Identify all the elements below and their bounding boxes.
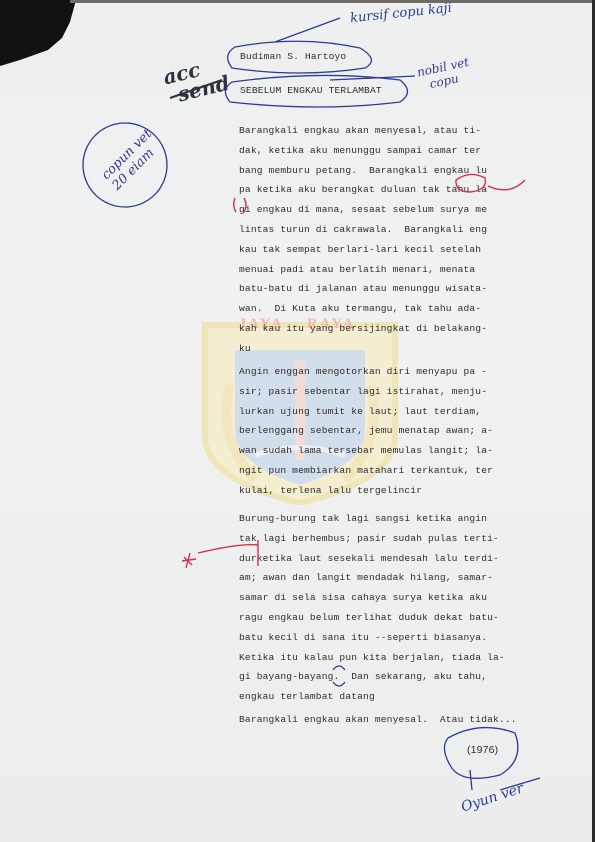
poem-line: lintas turun di cakrawala. Barangkali en…	[239, 220, 487, 240]
poem-line: berlenggang sebentar, jemu menatap awan;…	[239, 421, 493, 441]
poem-line: dak, ketika aku menunggu sampai camar te…	[239, 141, 487, 161]
poem-line: Ketika itu kalau pun kita berjalan, tiad…	[239, 648, 505, 668]
poem-line: engkau terlambat datang	[239, 687, 505, 707]
closing-line: Barangkali engkau akan menyesal. Atau ti…	[239, 710, 517, 730]
poem-year: (1976)	[467, 741, 498, 761]
stanza-2: Angin enggan mengotorkan diri menyapu pa…	[239, 362, 493, 501]
poem-line: wan sudah lama tersebar memulas langit; …	[239, 441, 493, 461]
poem-line: gi engkau di mana, sesaat sebelum surya …	[239, 200, 487, 220]
poem-line: tak lagi berhembus; pasir sudah pulas te…	[239, 529, 505, 549]
poem-line: pa ketika aku berangkat duluan tak tahu …	[239, 180, 487, 200]
poem-line: Angin enggan mengotorkan diri menyapu pa…	[239, 362, 493, 382]
poem-line: gi bayang-bayang. Dan sekarang, aku tahu…	[239, 667, 505, 687]
poem-line: ku	[239, 339, 487, 359]
handwritten-note-top: kursif copu kaji	[349, 1, 452, 27]
poem-line: menuai padi atau berlatih menari, menata	[239, 260, 487, 280]
poem-line: ragu engkau belum terlihat duduk dekat b…	[239, 608, 505, 628]
poem-line: lurkan ujung tumit ke laut; laut terdiam…	[239, 402, 493, 422]
poem-line: wan. Di Kuta aku termangu, tak tahu ada-	[239, 299, 487, 319]
poem-line: sir; pasir sebentar lagi istirahat, menj…	[239, 382, 493, 402]
poem-line: am; awan dan langit mendadak hilang, sam…	[239, 568, 505, 588]
stanza-3: Burung-burung tak lagi sangsi ketika ang…	[239, 509, 505, 707]
page-top-edge	[70, 0, 595, 3]
author-name: Budiman S. Hartoyo	[240, 50, 346, 64]
poem-line: ngit pun membiarkan matahari terkantuk, …	[239, 461, 493, 481]
torn-corner	[0, 0, 80, 70]
handwritten-note-margin: acc send	[161, 53, 231, 107]
poem-line: durketika laut sesekali mendesah lalu te…	[239, 549, 505, 569]
poem-line: Burung-burung tak lagi sangsi ketika ang…	[239, 509, 505, 529]
poem-line: batu-batu di jalanan atau menunggu wisat…	[239, 279, 487, 299]
poem-line: batu kecil di sana itu --seperti biasany…	[239, 628, 505, 648]
poem-line: kulai, terlena lalu tergelincir	[239, 481, 493, 501]
document-page: JAYA RAYA Budiman S. Hartoyo SEBELUM ENG…	[0, 0, 595, 842]
handwritten-note-title: nobil vet copu	[416, 55, 473, 93]
poem-line: kau tak sempat berlari-lari kecil setela…	[239, 240, 487, 260]
poem-title: SEBELUM ENGKAU TERLAMBAT	[240, 84, 382, 98]
handwritten-signature: Oyun ver	[459, 780, 526, 815]
poem-line: kah kau itu yang bersijingkat di belakan…	[239, 319, 487, 339]
handwritten-note-circled: copun vet 20 eiam	[99, 127, 166, 194]
stanza-1: Barangkali engkau akan menyesal, atau ti…	[239, 121, 487, 359]
poem-line: samar di sela sisa cahaya surya ketika a…	[239, 588, 505, 608]
poem-line: bang memburu petang. Barangkali engkau l…	[239, 161, 487, 181]
poem-line: Barangkali engkau akan menyesal, atau ti…	[239, 121, 487, 141]
